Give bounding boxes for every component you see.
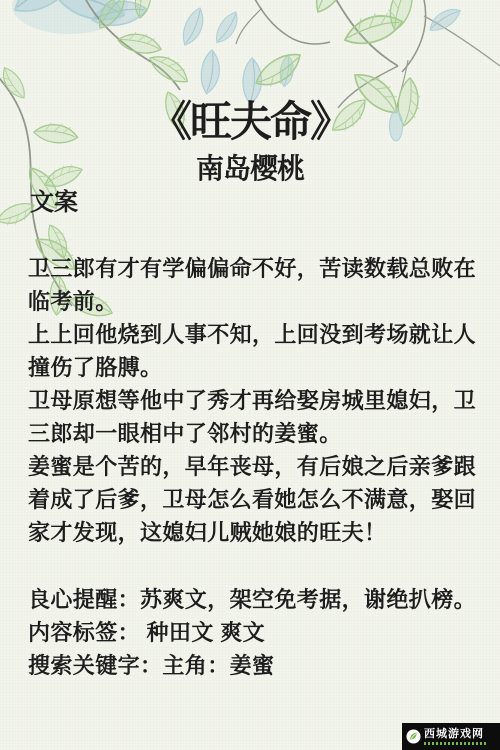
watermark-tagline bbox=[424, 742, 486, 745]
synopsis-paragraph: 姜蜜是个苦的，早年丧母，有后娘之后亲爹跟着成了后爹，卫母怎么看她怎么不满意，娶回… bbox=[28, 450, 484, 549]
book-title: 《旺夫命》 bbox=[0, 99, 500, 145]
meta-block: 良心提醒：苏爽文，架空免考据，谢绝扒榜。 内容标签： 种田文 爽文 搜索关键字：… bbox=[28, 583, 484, 682]
synopsis-paragraph: 卫母原想等他中了秀才再给娶房城里媳妇，卫三郎却一眼相中了邻村的姜蜜。 bbox=[28, 384, 484, 450]
reminder-line: 良心提醒：苏爽文，架空免考据，谢绝扒榜。 bbox=[28, 583, 484, 616]
watermark-leaf-logo-icon bbox=[406, 729, 421, 744]
synopsis-label: 文案 bbox=[30, 189, 78, 218]
book-author: 南岛樱桃 bbox=[0, 153, 500, 185]
synopsis-paragraph: 卫三郎有才有学偏偏命不好，苦读数载总败在临考前。 bbox=[28, 252, 484, 318]
tags-line: 内容标签： 种田文 爽文 bbox=[28, 616, 484, 649]
keywords-line: 搜索关键字：主角：姜蜜 bbox=[28, 649, 484, 682]
synopsis-text: 卫三郎有才有学偏偏命不好，苦读数载总败在临考前。 上上回他烧到人事不知，上回没到… bbox=[28, 252, 484, 682]
book-intro-card: 《旺夫命》 南岛樱桃 文案 卫三郎有才有学偏偏命不好，苦读数载总败在临考前。 上… bbox=[0, 0, 500, 750]
watermark-site-name: 西城游戏网 bbox=[424, 728, 486, 740]
leaves-top-center-blue bbox=[178, 0, 330, 105]
synopsis-paragraph: 上上回他烧到人事不知，上回没到考场就让人撞伤了胳膊。 bbox=[28, 318, 484, 384]
watermark: 西城游戏网 bbox=[402, 723, 500, 750]
leaves-top-left-blue bbox=[8, 0, 148, 34]
